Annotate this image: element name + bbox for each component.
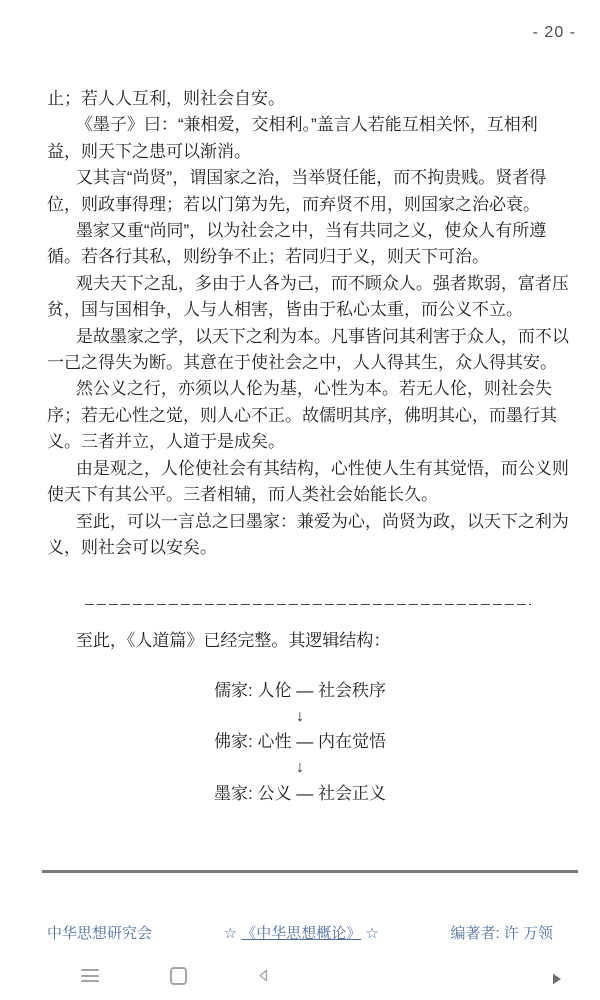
body-text-line: 循。若各行其私，则纷争不止；若同归于义，则天下可治。 <box>47 244 559 270</box>
dashed-separator <box>85 604 531 605</box>
body-text-line: 止；若人人互利，则社会自安。 <box>47 86 559 112</box>
page-number: - 20 - <box>533 24 576 42</box>
diagram-row: 儒家: 人伦 — 社会秩序 <box>0 678 600 704</box>
body-text-line: 序；若无心性之觉，则人心不正。故儒明其序，佛明其心，而墨行其 <box>47 403 559 429</box>
body-text-line: 至此，可以一言总之曰墨家：兼爱为心，尚贤为政，以天下之利为 <box>47 509 559 535</box>
document-body: 止；若人人互利，则社会自安。 《墨子》曰：“兼相爱，交相利。”盖言人若能互相关怀… <box>47 86 559 561</box>
body-text-line: 观夫天下之乱，多由于人各为己，而不顾众人。强者欺弱，富者压 <box>47 271 559 297</box>
body-text-line: 一己之得失为断。其意在于使社会之中，人人得其生，众人得其安。 <box>47 350 559 376</box>
diagram-row: 佛家: 心性 — 内在觉悟 <box>0 729 600 755</box>
footer-left-society: 中华思想研究会 <box>47 922 152 943</box>
footer-rule <box>42 870 578 873</box>
body-text-line: 义，则社会可以安矣。 <box>47 535 559 561</box>
closing-note: 至此，《人道篇》已经完整。其逻辑结构： <box>47 626 559 651</box>
body-text-line: 位，则政事得理；若以门第为先，而弃贤不用，则国家之治必衰。 <box>47 192 559 218</box>
star-icon-right: ☆ <box>365 925 378 942</box>
body-text-line: 由是观之，人伦使社会有其结构，心性使人生有其觉悟，而公义则 <box>47 456 559 482</box>
page-footer: 中华思想研究会 ☆ 《中华思想概论》 ☆ 编著者: 许 万领 <box>47 922 553 943</box>
body-text-line: 义。三者并立，人道于是成矣。 <box>47 429 559 455</box>
body-text-line: 使天下有其公平。三者相辅，而人类社会始能长久。 <box>47 482 559 508</box>
footer-center-title: ☆ 《中华思想概论》 ☆ <box>224 922 379 943</box>
body-text-line: 又其言“尚贤”，谓国家之治，当举贤任能，而不拘贵贱。贤者得 <box>47 165 559 191</box>
document-page: - 20 - 止；若人人互利，则社会自安。 《墨子》曰：“兼相爱，交相利。”盖言… <box>0 0 600 1000</box>
menu-icon[interactable] <box>81 969 99 982</box>
book-title-link[interactable]: 《中华思想概论》 <box>241 925 361 942</box>
diagram-row: 墨家: 公义 — 社会正义 <box>0 781 600 807</box>
footer-right-editor: 编著者: 许 万领 <box>450 922 553 943</box>
star-icon-left: ☆ <box>224 925 237 942</box>
structure-diagram: 儒家: 人伦 — 社会秩序 ↓ 佛家: 心性 — 内在觉悟 ↓ 墨家: 公义 —… <box>0 678 600 807</box>
body-text-line: 益，则天下之患可以渐消。 <box>47 139 559 165</box>
body-text-line: 《墨子》曰：“兼相爱，交相利。”盖言人若能互相关怀，互相利 <box>47 112 559 138</box>
body-text-line: 墨家又重“尚同”，以为社会之中，当有共同之义，使众人有所遵 <box>47 218 559 244</box>
android-nav-bar <box>0 958 600 1000</box>
body-text-line: 然公义之行，亦须以人伦为基，心性为本。若无人伦，则社会失 <box>47 376 559 402</box>
page-forward-icon[interactable] <box>552 972 562 984</box>
body-text-line: 贫，国与国相争，人与人相害，皆由于私心太重，而公义不立。 <box>47 297 559 323</box>
back-triangle-icon[interactable] <box>256 968 271 983</box>
diagram-row: ↓ <box>0 755 600 781</box>
recents-square-icon[interactable] <box>170 967 187 985</box>
body-text-line: 是故墨家之学，以天下之利为本。凡事皆问其利害于众人，而不以 <box>47 324 559 350</box>
diagram-row: ↓ <box>0 704 600 730</box>
